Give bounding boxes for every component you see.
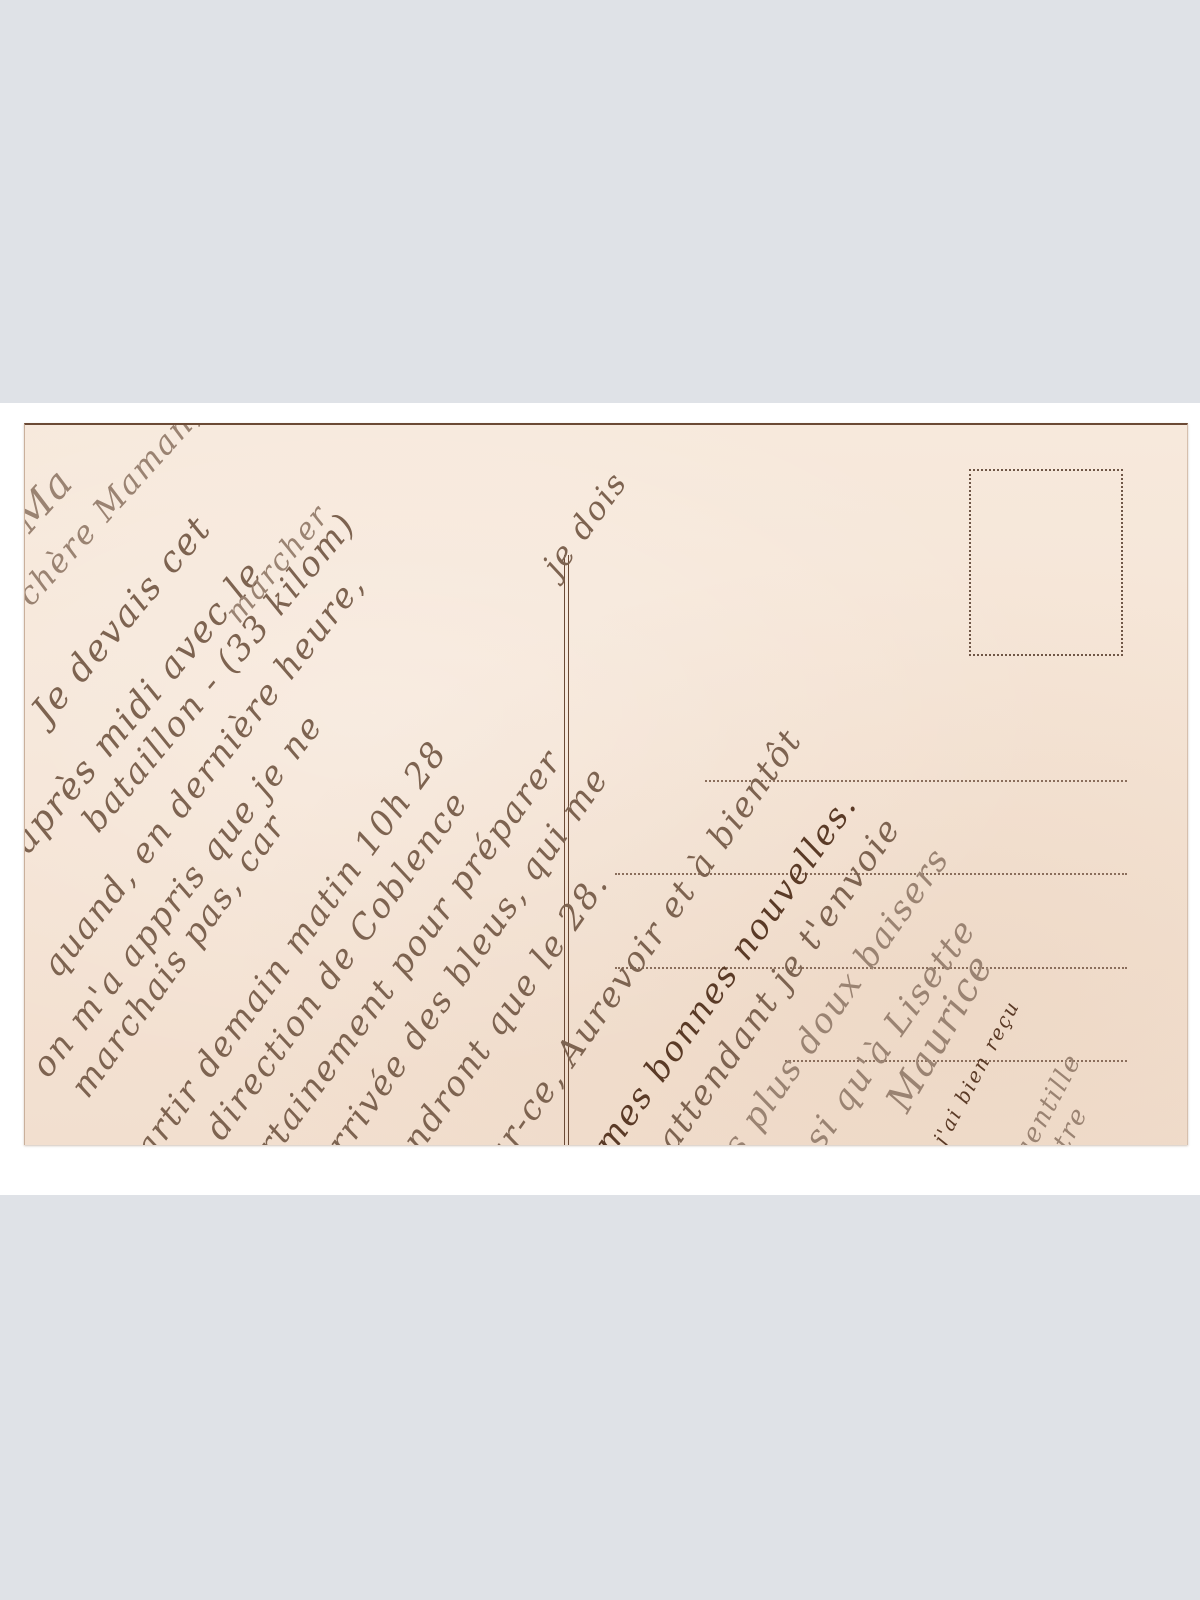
handwriting-line: je dois	[534, 464, 635, 583]
postcard-back: Ma chère Maman, Je devais cet après midi…	[24, 423, 1188, 1145]
handwriting-line: bataillon - (33 kilom)	[74, 505, 364, 840]
postcard-photo: Ma chère Maman, Je devais cet après midi…	[0, 403, 1200, 1195]
stamp-placeholder-box	[969, 469, 1123, 656]
